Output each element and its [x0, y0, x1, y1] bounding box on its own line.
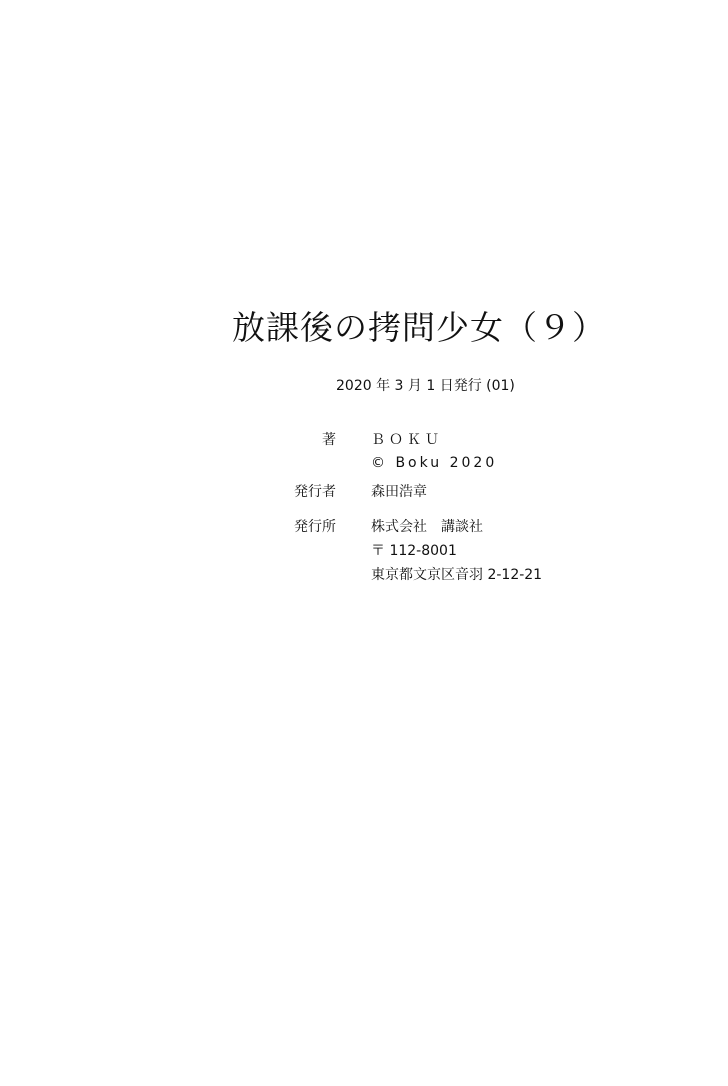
publishing-house-label: 発行所 [276, 518, 336, 536]
copyright-notice: © Boku 2020 [371, 454, 497, 472]
publishing-house-company: 株式会社 講談社 [371, 518, 483, 536]
publisher-address: 東京都文京区音羽 2-12-21 [371, 566, 542, 584]
author-name: ＢＯＫＵ [371, 431, 443, 449]
author-label: 著 [276, 431, 336, 449]
book-title: 放課後の拷問少女（９） [232, 308, 606, 348]
postal-code: 〒 112-8001 [371, 542, 457, 560]
publisher-person-name: 森田浩章 [371, 483, 427, 501]
publisher-person-label: 発行者 [276, 483, 336, 501]
publication-date: 2020 年 3 月 1 日発行 (01) [336, 377, 515, 395]
